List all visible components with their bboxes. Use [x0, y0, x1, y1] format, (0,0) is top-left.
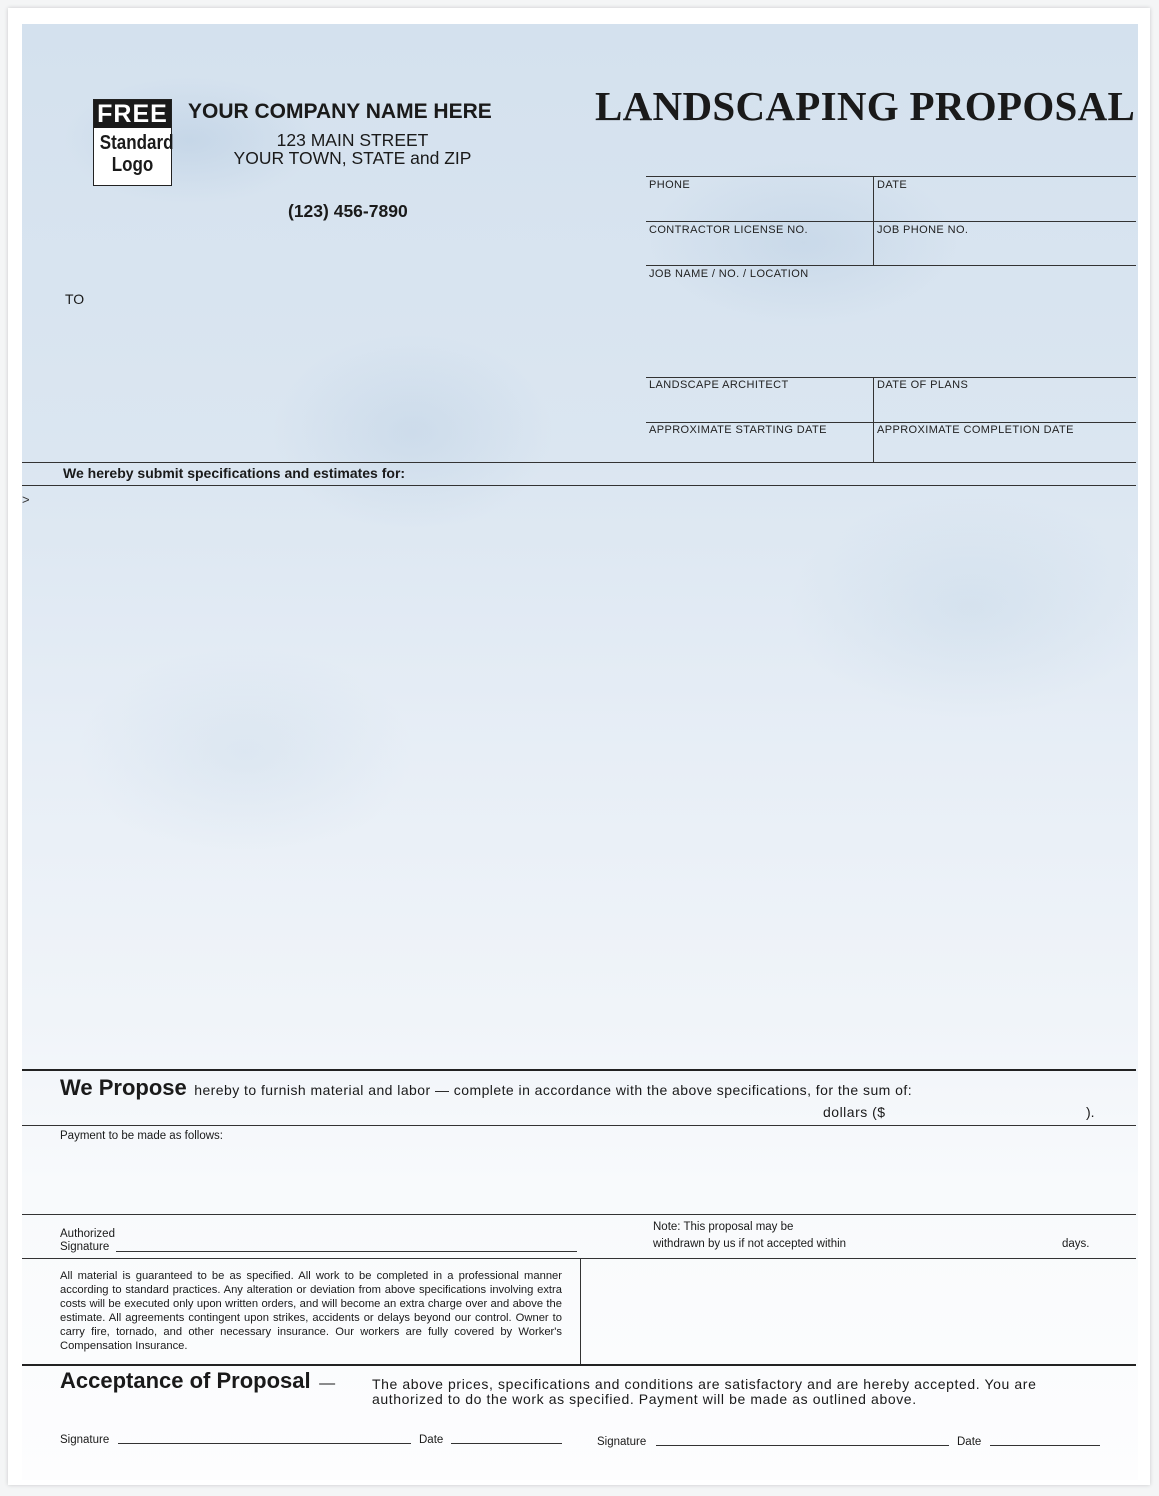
acceptance-text: The above prices, specifications and con… — [372, 1377, 1112, 1407]
specifications-field[interactable] — [40, 490, 1130, 1060]
dollars-label: dollars ($ — [823, 1104, 886, 1120]
company-name: YOUR COMPANY NAME HERE — [188, 100, 492, 124]
field-phone[interactable]: PHONE — [649, 179, 690, 191]
date-line-1[interactable] — [451, 1443, 562, 1444]
signature-line-2[interactable] — [656, 1445, 949, 1446]
divider — [646, 377, 1136, 378]
signature-label-1: Signature — [60, 1434, 109, 1446]
signature-line-1[interactable] — [118, 1443, 411, 1444]
logo-badge: FREE — [94, 100, 171, 128]
acceptance-dash: — — [319, 1375, 335, 1392]
divider — [22, 1069, 1136, 1071]
divider — [22, 1214, 1136, 1215]
page-title: LANDSCAPING PROPOSAL — [595, 82, 1135, 130]
divider — [580, 1258, 581, 1364]
days-field[interactable] — [870, 1236, 1050, 1252]
company-city: YOUR TOWN, STATE and ZIP — [210, 149, 495, 167]
date-line-2[interactable] — [990, 1445, 1100, 1446]
divider — [22, 1258, 1136, 1259]
field-job-phone[interactable]: JOB PHONE NO. — [877, 224, 968, 236]
field-job-name[interactable]: JOB NAME / NO. / LOCATION — [649, 268, 809, 280]
date-label-2: Date — [957, 1436, 981, 1448]
field-date-of-plans[interactable]: DATE OF PLANS — [877, 379, 968, 391]
divider — [646, 265, 1136, 266]
company-street: 123 MAIN STREET — [210, 131, 495, 149]
cursor-marker: > — [22, 492, 30, 507]
acceptance-heading-block: Acceptance of Proposal — — [60, 1368, 335, 1394]
field-start-date[interactable]: APPROXIMATE STARTING DATE — [649, 424, 827, 436]
authorized-label-2: Signature — [60, 1241, 109, 1253]
divider — [22, 1364, 1136, 1366]
propose-text: hereby to furnish material and labor — c… — [194, 1082, 912, 1098]
authorized-signature-line[interactable] — [116, 1251, 577, 1252]
divider — [22, 485, 1136, 486]
field-completion-date[interactable]: APPROXIMATE COMPLETION DATE — [877, 424, 1074, 436]
divider — [646, 422, 1136, 423]
terms-text: All material is guaranteed to be as spec… — [60, 1269, 562, 1353]
divider — [873, 377, 874, 463]
divider — [22, 1125, 1136, 1126]
signature-label-2: Signature — [597, 1436, 646, 1448]
logo-placeholder: FREE Standard Logo — [93, 99, 172, 186]
field-landscape-architect[interactable]: LANDSCAPE ARCHITECT — [649, 379, 789, 391]
divider — [22, 462, 1136, 463]
amount-field[interactable] — [900, 1100, 1080, 1120]
propose-statement: We Propose hereby to furnish material an… — [60, 1075, 912, 1101]
company-phone: (123) 456-7890 — [288, 201, 408, 222]
logo-text: Standard Logo — [100, 132, 165, 176]
propose-heading: We Propose — [60, 1075, 187, 1100]
date-label-1: Date — [419, 1434, 443, 1446]
divider — [873, 176, 874, 265]
field-date[interactable]: DATE — [877, 179, 907, 191]
acceptance-heading: Acceptance of Proposal — [60, 1368, 311, 1393]
days-label: days. — [1062, 1238, 1090, 1250]
payment-label: Payment to be made as follows: — [60, 1130, 223, 1142]
authorized-label-1: Authorized — [60, 1228, 115, 1240]
divider — [646, 176, 1136, 177]
note-line-2: withdrawn by us if not accepted within — [653, 1238, 846, 1250]
divider — [646, 221, 1136, 222]
field-contractor-license[interactable]: CONTRACTOR LICENSE NO. — [649, 224, 808, 236]
payment-terms-field[interactable] — [60, 1148, 1130, 1208]
specs-heading: We hereby submit specifications and esti… — [63, 465, 405, 481]
to-address-field[interactable] — [60, 305, 620, 455]
dollars-close: ). — [1086, 1104, 1095, 1120]
note-line-1: Note: This proposal may be — [653, 1221, 793, 1233]
